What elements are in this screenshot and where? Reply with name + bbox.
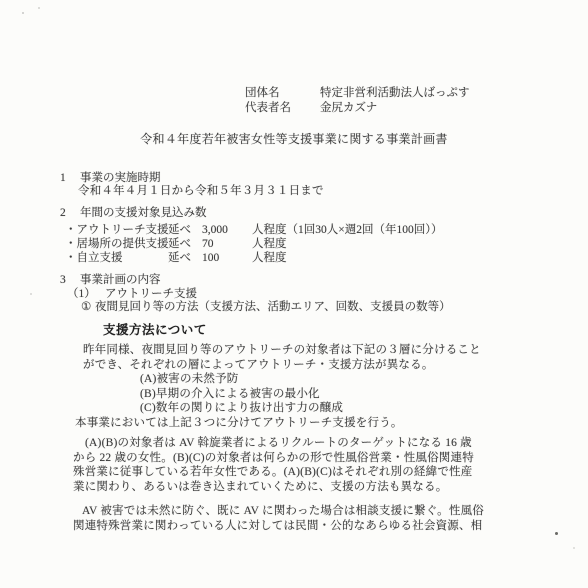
paragraph-line: ができ、それぞれの層によってアウトリーチ・支援方法が異なる。 (83, 358, 481, 373)
row-unit: 延べ (168, 237, 202, 251)
scan-speck (22, 12, 24, 14)
row-value: 100 (202, 251, 252, 265)
outreach-support-row: ・アウトリーチ支援 延べ 3,000 人程度（1回30人×週2回（年100回）） (65, 223, 442, 237)
row-suffix: 人程度（1回30人×週2回（年100回）） (252, 223, 442, 237)
org-name-label: 団体名 (245, 86, 320, 101)
scan-speck (573, 547, 575, 549)
section-2-number: 2 (60, 206, 80, 220)
implementation-period-text: 令和４年４月１日から令和５年３月３１日まで (78, 184, 324, 199)
paragraph-support-layers: 昨年同様、夜間見回り等のアウトリーチの対象者は下記の３層に分けること ができ、そ… (75, 343, 481, 430)
scan-speck (30, 293, 32, 295)
support-target-table: ・アウトリーチ支援 延べ 3,000 人程度（1回30人×週2回（年100回））… (65, 223, 442, 266)
row-suffix: 人程度 (252, 237, 287, 251)
layer-c-line: (C)数年の関りにより抜け出す力の醸成 (140, 401, 481, 416)
section-2-heading: 年間の支援対象見込み数 (80, 206, 207, 220)
representative-value: 金尻カズナ (320, 101, 377, 116)
paragraph-line: 昨年同様、夜間見回り等のアウトリーチの対象者は下記の３層に分けること (83, 343, 481, 358)
paragraph-line: 本事業においては上記３つに分けてアウトリーチ支援を行う。 (75, 416, 481, 431)
section-3-number: 3 (60, 273, 80, 287)
paragraph-line: 関連特殊営業に関わっている人に対しては民間・公的なあらゆる社会資源、相 (73, 519, 484, 534)
subsection-1-title: アウトリーチ支援 (105, 287, 197, 301)
org-name-row: 団体名 特定非営利活動法人ばっぷす (245, 86, 470, 101)
shelter-support-row: ・居場所の提供支援 延べ 70 人程度 (65, 237, 442, 251)
subsection-2-row: ① 夜間見回り等の方法（支援方法、活動エリア、回数、支援員の数等） (81, 300, 451, 314)
subsection-2-marker: ① (81, 300, 95, 314)
support-method-heading: 支援方法について (103, 320, 207, 338)
paragraph-target-description: (A)(B)の対象者は AV 斡旋業者によるリクルートのターゲットになる 16 … (73, 436, 474, 494)
paragraph-line: (A)(B)の対象者は AV 斡旋業者によるリクルートのターゲットになる 16 … (73, 436, 474, 451)
row-suffix: 人程度 (252, 251, 287, 265)
row-unit: 延べ (168, 223, 202, 237)
scan-speck (555, 532, 558, 535)
document-header-block: 団体名 特定非営利活動法人ばっぷす 代表者名 金尻カズナ (245, 86, 470, 116)
section-3-heading-row: 3 事業計画の内容 (60, 273, 161, 287)
section-3-heading: 事業計画の内容 (80, 273, 161, 287)
subsection-2-title: 夜間見回り等の方法（支援方法、活動エリア、回数、支援員の数等） (95, 300, 451, 314)
row-value: 70 (202, 237, 252, 251)
layer-a-line: (A)被害の未然予防 (140, 372, 481, 387)
paragraph-line: 業に関わり、あるいは巻き込まれていくために、支援の方法も異なる。 (73, 480, 474, 495)
paragraph-av-support: AV 被害では未然に防ぐ、既に AV に関わった場合は相談支援に繋ぐ。性風俗 関… (73, 504, 484, 533)
paragraph-line: から 22 歳の女性。(B)(C)の対象者は何らかの形で性風俗営業・性風俗関連特 (73, 451, 474, 466)
section-1-heading-row: 1 事業の実施時期 (60, 171, 161, 185)
paragraph-line: 殊営業に従事している若年女性である。(A)(B)(C)はそれぞれ別の経緯で性産 (73, 465, 474, 480)
section-1-number: 1 (60, 171, 80, 185)
document-title: 令和４年度若年被害女性等支援事業に関する事業計画書 (0, 130, 588, 147)
org-name-value: 特定非営利活動法人ばっぷす (320, 86, 470, 101)
representative-label: 代表者名 (245, 101, 320, 116)
subsection-1-row: （1） アウトリーチ支援 (67, 287, 197, 301)
independence-support-row: ・自立支援 延べ 100 人程度 (65, 251, 442, 265)
row-label: ・居場所の提供支援 (65, 237, 168, 251)
section-2-heading-row: 2 年間の支援対象見込み数 (60, 206, 207, 220)
subsection-1-marker: （1） (67, 287, 105, 301)
row-label: ・自立支援 (65, 251, 168, 265)
row-label: ・アウトリーチ支援 (65, 223, 168, 237)
layer-b-line: (B)早期の介入による被害の最小化 (140, 387, 481, 402)
row-unit: 延べ (168, 251, 202, 265)
scan-speck (38, 7, 40, 9)
scanned-document-page: 団体名 特定非営利活動法人ばっぷす 代表者名 金尻カズナ 令和４年度若年被害女性… (0, 0, 588, 588)
row-value: 3,000 (202, 223, 252, 237)
paragraph-line: AV 被害では未然に防ぐ、既に AV に関わった場合は相談支援に繋ぐ。性風俗 (73, 504, 484, 519)
representative-row: 代表者名 金尻カズナ (245, 101, 470, 116)
section-1-heading: 事業の実施時期 (80, 171, 161, 185)
